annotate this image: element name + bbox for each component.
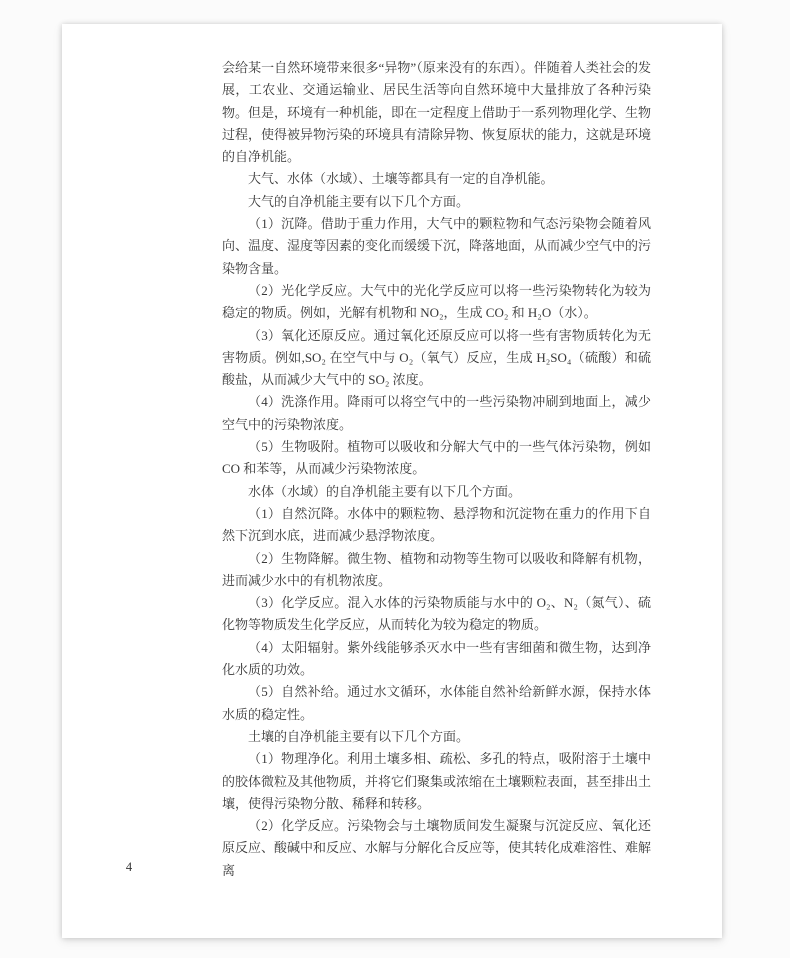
text-block: 会给某一自然环境带来很多“异物”（原来没有的东西）。伴随着人类社会的发展，工农业… — [222, 57, 651, 882]
paragraph: （2）化学反应。污染物会与土壤物质间发生凝聚与沉淀反应、氧化还原反应、酸碱中和反… — [222, 815, 651, 882]
paragraph: （4）洗涤作用。降雨可以将空气中的一些污染物冲刷到地面上，减少空气中的污染物浓度… — [222, 391, 651, 436]
paragraph: （1）物理净化。利用土壤多相、疏松、多孔的特点，吸附溶于土壤中的胶体微粒及其他物… — [222, 748, 651, 815]
paragraph: （1）自然沉降。水体中的颗粒物、悬浮物和沉淀物在重力的作用下自然下沉到水底，进而… — [222, 503, 651, 548]
paragraph: （5）自然补给。通过水文循环，水体能自然补给新鲜水源，保持水体水质的稳定性。 — [222, 681, 651, 726]
paragraph: （3）化学反应。混入水体的污染物质能与水中的 O₂、N₂（氮气）、硫化物等物质发… — [222, 592, 651, 637]
paragraph: （5）生物吸附。植物可以吸收和分解大气中的一些气体污染物，例如 CO 和苯等，从… — [222, 436, 651, 481]
paragraph: 大气的自净机能主要有以下几个方面。 — [222, 191, 651, 213]
paragraph: 土壤的自净机能主要有以下几个方面。 — [222, 726, 651, 748]
paragraph: （2）光化学反应。大气中的光化学反应可以将一些污染物转化为较为稳定的物质。例如，… — [222, 280, 651, 325]
book-page: 会给某一自然环境带来很多“异物”（原来没有的东西）。伴随着人类社会的发展，工农业… — [62, 24, 722, 938]
paragraph: （4）太阳辐射。紫外线能够杀灭水中一些有害细菌和微生物，达到净化水质的功效。 — [222, 637, 651, 682]
paragraph: 会给某一自然环境带来很多“异物”（原来没有的东西）。伴随着人类社会的发展，工农业… — [222, 57, 651, 168]
paragraph: 大气、水体（水域）、土壤等都具有一定的自净机能。 — [222, 168, 651, 190]
paragraph: （1）沉降。借助于重力作用，大气中的颗粒物和气态污染物会随着风向、温度、湿度等因… — [222, 213, 651, 280]
page-number: 4 — [114, 860, 144, 875]
paragraph: （3）氧化还原反应。通过氧化还原反应可以将一些有害物质转化为无害物质。例如,SO… — [222, 325, 651, 392]
backdrop: 会给某一自然环境带来很多“异物”（原来没有的东西）。伴随着人类社会的发展，工农业… — [0, 0, 790, 958]
paragraph: 水体（水域）的自净机能主要有以下几个方面。 — [222, 481, 651, 503]
paragraph: （2）生物降解。微生物、植物和动物等生物可以吸收和降解有机物，进而减少水中的有机… — [222, 548, 651, 593]
